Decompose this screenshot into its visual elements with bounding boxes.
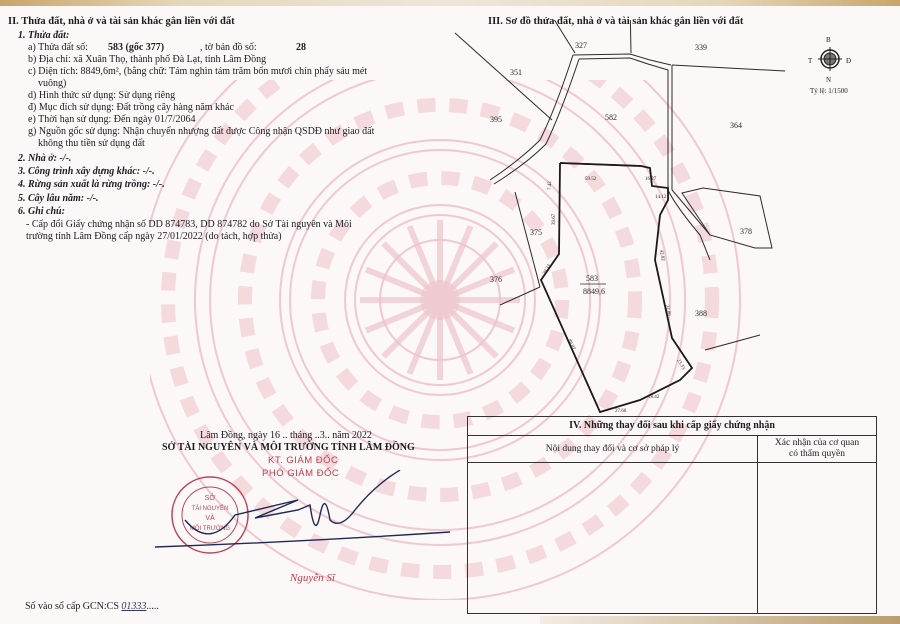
area-line2: vuông) xyxy=(38,78,66,90)
signing-date: Lâm Đồng, ngày 16 .. tháng ..3.. năm 202… xyxy=(200,430,372,442)
map-sheet-value: 28 xyxy=(296,42,306,54)
col-change-content: Nội dung thay đổi và cơ sở pháp lý xyxy=(468,436,758,462)
house-item: 2. Nhà ở: -/-. xyxy=(18,153,71,165)
svg-text:VÀ: VÀ xyxy=(205,513,215,522)
land-heading: 1. Thửa đất: xyxy=(18,30,69,42)
svg-text:376: 376 xyxy=(490,275,502,284)
registry-number: Số vào sổ cấp GCN:CS 01333..... xyxy=(25,601,159,613)
svg-text:351: 351 xyxy=(510,68,522,77)
svg-text:SỞ: SỞ xyxy=(205,493,216,502)
svg-text:7.42: 7.42 xyxy=(548,181,553,190)
svg-text:14.12: 14.12 xyxy=(655,195,667,200)
land-certificate-page: II. Thửa đất, nhà ở và tài sản khác gắn … xyxy=(0,0,900,624)
compass-north: B xyxy=(826,34,831,46)
registry-value: 01333 xyxy=(121,601,146,612)
notes-line1: - Cấp đổi Giấy chứng nhận số DD 874783, … xyxy=(26,219,352,231)
svg-text:59.52: 59.52 xyxy=(585,177,597,182)
usage-form: d) Hình thức sử dụng: Sử dụng riêng xyxy=(28,90,175,102)
usage-origin-line2: không thu tiền sử dụng đất xyxy=(38,138,145,150)
svg-text:327: 327 xyxy=(575,41,587,50)
changes-table-title: IV. Những thay đổi sau khi cấp giấy chứn… xyxy=(468,417,876,436)
confirmation-cell xyxy=(758,463,876,614)
compass-west: T xyxy=(808,55,812,67)
compass-east: Đ xyxy=(846,55,851,67)
svg-text:378: 378 xyxy=(740,227,752,236)
section-ii-title: II. Thửa đất, nhà ở và tài sản khác gắn … xyxy=(8,16,235,28)
col-authority-confirmation: Xác nhận của cơ quancó thẩm quyền xyxy=(758,436,876,462)
notes-line2: trường tỉnh Lâm Đồng cấp ngày 27/01/2022… xyxy=(26,231,282,243)
issuing-authority: SỞ TÀI NGUYÊN VÀ MÔI TRƯỜNG TỈNH LÂM ĐỒN… xyxy=(162,442,415,454)
area-line1: c) Diện tích: 8849,6m², (bằng chữ: Tám n… xyxy=(28,66,367,78)
top-border xyxy=(0,0,900,6)
svg-text:16.27: 16.27 xyxy=(645,177,657,182)
svg-text:339: 339 xyxy=(695,43,707,52)
usage-term: e) Thời hạn sử dụng: Đến ngày 01/7/2064 xyxy=(28,114,195,126)
changes-table: IV. Những thay đổi sau khi cấp giấy chứn… xyxy=(467,416,877,614)
svg-text:TÀI NGUYÊN: TÀI NGUYÊN xyxy=(192,504,229,512)
svg-text:31.86: 31.86 xyxy=(664,304,671,316)
svg-text:582: 582 xyxy=(605,113,617,122)
forest-item: 4. Rừng sản xuất là rừng trồng: -/-. xyxy=(18,179,165,191)
change-content-cell xyxy=(468,463,758,614)
svg-text:27.66: 27.66 xyxy=(615,409,627,414)
svg-text:88.87: 88.87 xyxy=(566,339,575,352)
svg-text:18.42: 18.42 xyxy=(648,395,660,400)
svg-text:23.33: 23.33 xyxy=(675,359,685,372)
svg-text:39.67: 39.67 xyxy=(552,213,557,225)
changes-table-header: Nội dung thay đổi và cơ sở pháp lý Xác n… xyxy=(468,436,876,463)
usage-origin-line1: g) Nguồn gốc sử dụng: Nhận chuyển nhượng… xyxy=(28,126,374,138)
svg-text:375: 375 xyxy=(530,228,542,237)
usage-purpose: đ) Mục đích sử dụng: Đất trồng cây hàng … xyxy=(28,102,234,114)
parcel-583-boundary xyxy=(541,163,692,412)
svg-text:MÔI TRƯỜNG: MÔI TRƯỜNG xyxy=(190,525,230,532)
signer-name: Nguyễn Sĩ xyxy=(290,572,335,584)
svg-text:364: 364 xyxy=(730,121,742,130)
map-sheet-label: , tờ bản đồ số: xyxy=(200,42,257,54)
address: b) Địa chỉ: xã Xuân Thọ, thành phố Đà Lạ… xyxy=(28,54,266,66)
notes-heading: 6. Ghi chú: xyxy=(18,206,65,218)
bottom-border xyxy=(540,616,900,624)
svg-text:42.82: 42.82 xyxy=(658,249,665,261)
map-scale: Tỷ lệ: 1/1500 xyxy=(810,85,848,97)
registry-label: Số vào sổ cấp GCN:CS xyxy=(25,601,119,612)
svg-text:395: 395 xyxy=(490,115,502,124)
parcel-number-value: 583 (gốc 377) xyxy=(108,42,164,54)
parcel-number-label: a) Thửa đất số: xyxy=(28,42,88,54)
perennial-item: 5. Cây lâu năm: -/-. xyxy=(18,193,99,205)
svg-text:8849,6: 8849,6 xyxy=(583,287,605,296)
svg-text:388: 388 xyxy=(695,309,707,318)
kt-director: KT. GIÁM ĐỐC xyxy=(268,455,338,467)
other-works-item: 3. Công trình xây dựng khác: -/-. xyxy=(18,166,155,178)
changes-table-body xyxy=(468,463,876,614)
compass-rose-icon xyxy=(815,44,845,74)
svg-text:583: 583 xyxy=(586,274,598,283)
